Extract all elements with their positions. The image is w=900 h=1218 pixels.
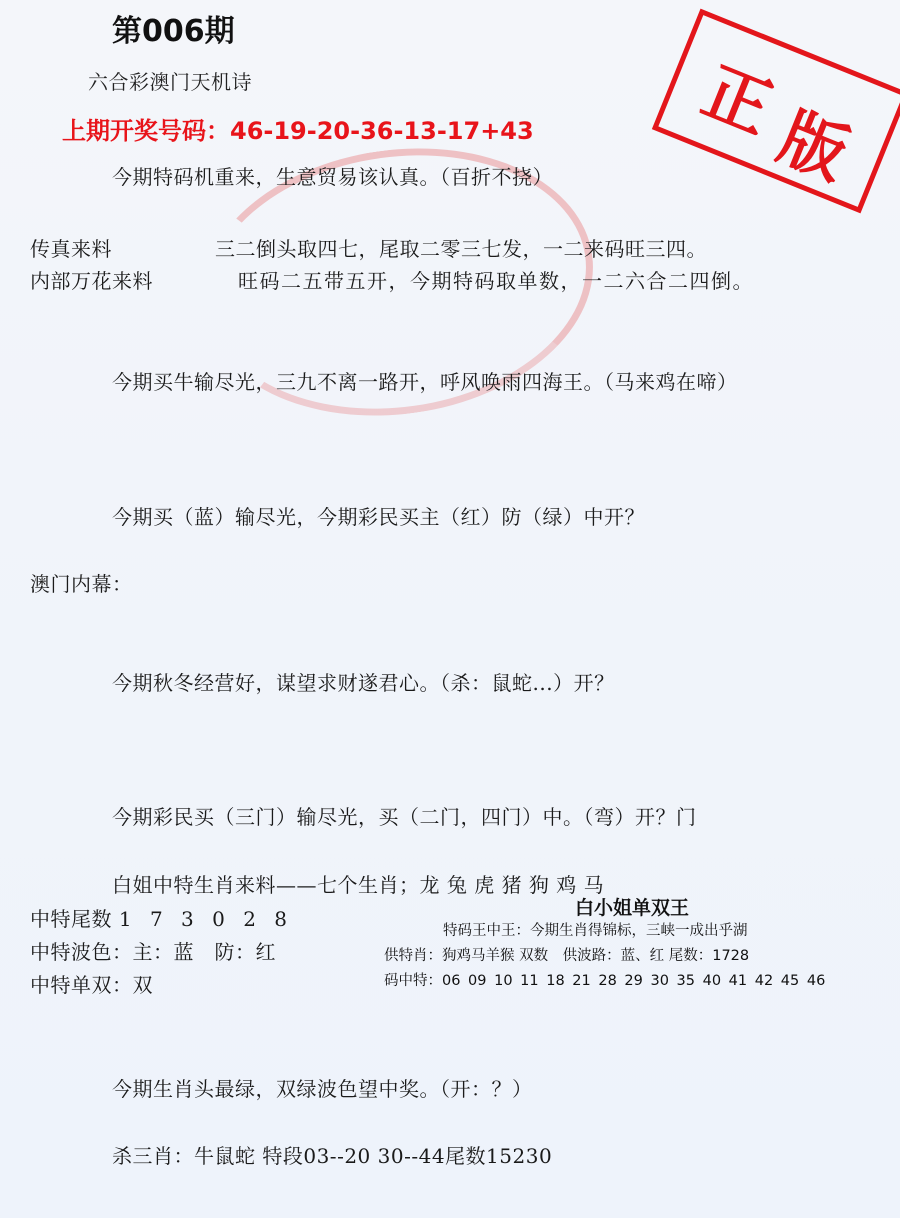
source-text-fax: 三二倒头取四七，尾取二零三七发，一二来码旺三四。 bbox=[215, 233, 707, 262]
stamp-char-zheng: 正 bbox=[691, 38, 788, 151]
special-tail-row: 中特尾数 1 7 3 0 2 8 bbox=[30, 903, 293, 932]
special-oddeven-label: 中特单双： bbox=[30, 973, 133, 997]
line-buy-ox: 今期买牛输尽光，三九不离一路开，呼风唤雨四海王。（马来鸡在啼） bbox=[112, 366, 738, 395]
line-autumn: 今期秋冬经营好，谋望求财遂君心。（杀：鼠蛇...）开？ bbox=[112, 667, 615, 696]
line-bai-sister-zodiac: 白姐中特生肖来料——七个生肖；龙 兔 虎 猪 狗 鸡 马 bbox=[112, 869, 604, 898]
poem-line: 今期特码机重来，生意贸易该认真。（百折不挠） bbox=[112, 161, 553, 190]
line-buy-blue: 今期买（蓝）输尽光，今期彩民买主（红）防（绿）中开？ bbox=[112, 501, 645, 530]
source-label-internal: 内部万花来料 bbox=[30, 265, 153, 294]
special-tail-label: 中特尾数 bbox=[30, 907, 112, 931]
promo-numbers-label: 码中特： bbox=[384, 973, 442, 989]
line-zodiac-head: 今期生肖头最绿，双绿波色望中奖。（开：？） bbox=[112, 1073, 533, 1102]
macau-inside-heading: 澳门内幕： bbox=[30, 568, 133, 597]
promo-line-1: 特码王中王：今期生肖得锦标，三峡一成出乎湖 bbox=[443, 919, 748, 940]
promo-line-2: 供特肖：狗鸡马羊猴 双数 供波路：蓝、红 尾数：1728 bbox=[384, 944, 749, 965]
source-label-fax: 传真来料 bbox=[30, 233, 112, 262]
last-draw-numbers: 上期开奖号码：46-19-20-36-13-17+43 bbox=[62, 111, 534, 146]
issue-title: 第006期 bbox=[112, 6, 235, 50]
promo-numbers: 06 09 10 11 18 21 28 29 30 35 40 41 42 4… bbox=[442, 973, 825, 989]
promo-title: 白小姐单双王 bbox=[575, 893, 689, 920]
promo-line-3: 码中特：06 09 10 11 18 21 28 29 30 35 40 41 … bbox=[384, 969, 825, 990]
page-subtitle: 六合彩澳门天机诗 bbox=[88, 66, 252, 95]
source-text-internal: 旺码二五带五开，今期特码取单数，一二六合二四倒。 bbox=[238, 265, 754, 294]
special-wave-row: 中特波色：主：蓝 防：红 bbox=[30, 936, 276, 965]
special-wave-label: 中特波色： bbox=[30, 940, 133, 964]
line-kill-three: 杀三肖：牛鼠蛇 特段03--20 30--44尾数15230 bbox=[112, 1140, 552, 1169]
authentic-stamp: 正 版 bbox=[652, 9, 900, 214]
special-oddeven-row: 中特单双：双 bbox=[30, 969, 153, 998]
stamp-char-ban: 版 bbox=[768, 84, 865, 197]
special-tail-value: 1 7 3 0 2 8 bbox=[119, 907, 293, 931]
special-oddeven-value: 双 bbox=[133, 973, 154, 997]
line-doors: 今期彩民买（三门）输尽光，买（二门，四门）中。（弯）开？门 bbox=[112, 801, 697, 830]
special-wave-value: 主：蓝 防：红 bbox=[133, 940, 277, 964]
